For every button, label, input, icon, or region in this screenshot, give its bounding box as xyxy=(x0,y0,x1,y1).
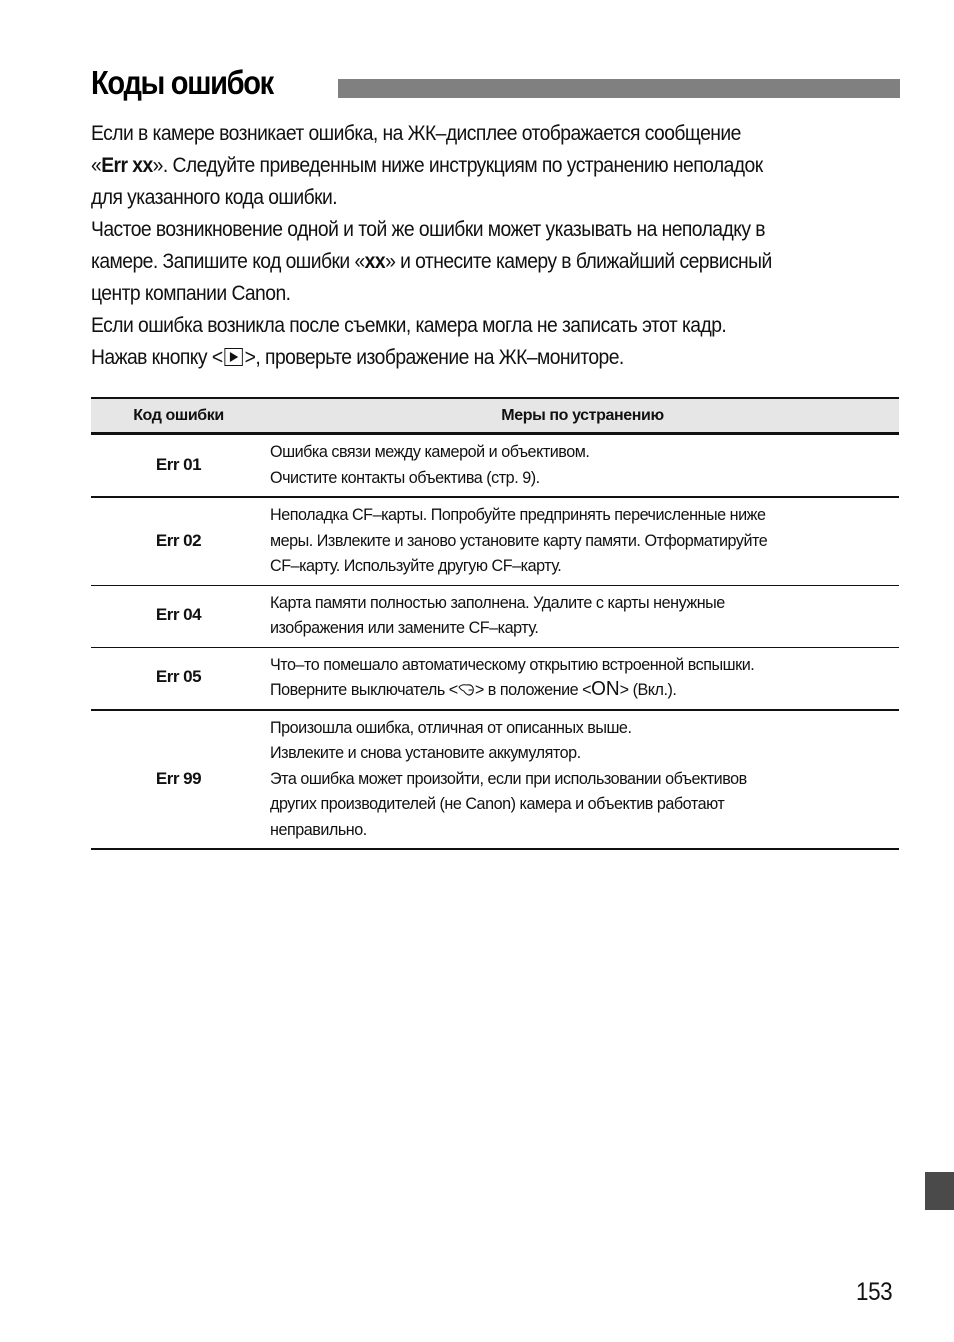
table-row: Err 02 Неполадка CF–карты. Попробуйте пр… xyxy=(91,497,899,585)
intro-text: Если в камере возникает ошибка, на ЖК–ди… xyxy=(91,118,921,374)
error-remedy: Что–то помешало автоматическому открытию… xyxy=(266,647,899,710)
error-remedy: Произошла ошибка, отличная от описанных … xyxy=(266,710,899,850)
table-row: Err 04 Карта памяти полностью заполнена.… xyxy=(91,585,899,647)
error-xx: xx xyxy=(365,250,385,273)
error-remedy: Карта памяти полностью заполнена. Удалит… xyxy=(266,585,899,647)
header-remedy: Меры по устранению xyxy=(266,398,899,434)
intro-line: камере. Запишите код ошибки «xx» и отнес… xyxy=(91,246,855,278)
title-decorative-bar xyxy=(338,79,900,98)
page-number: 153 xyxy=(856,1278,892,1307)
error-code: Err 04 xyxy=(91,585,266,647)
error-code: Err 05 xyxy=(91,647,266,710)
intro-line: центр компании Canon. xyxy=(91,278,855,310)
error-code: Err 01 xyxy=(91,434,266,498)
table-row: Err 01 Ошибка связи между камерой и объе… xyxy=(91,434,899,498)
page-title: Коды ошибок xyxy=(91,60,273,106)
section-tab-marker xyxy=(925,1172,954,1210)
error-code-placeholder: Err xx xyxy=(101,154,152,177)
table-row: Err 05 Что–то помешало автоматическому о… xyxy=(91,647,899,710)
table-row: Err 99 Произошла ошибка, отличная от опи… xyxy=(91,710,899,850)
error-code: Err 99 xyxy=(91,710,266,850)
table-header-row: Код ошибки Меры по устранению xyxy=(91,398,899,434)
error-remedy: Ошибка связи между камерой и объективом.… xyxy=(266,434,899,498)
intro-line: для указанного кода ошибки. xyxy=(91,182,855,214)
intro-line: «Err xx». Следуйте приведенным ниже инст… xyxy=(91,150,855,182)
playback-button-icon xyxy=(224,348,242,366)
intro-line: Частое возникновение одной и той же ошиб… xyxy=(91,214,855,246)
error-codes-table: Код ошибки Меры по устранению Err 01 Оши… xyxy=(91,397,899,850)
intro-line: Если в камере возникает ошибка, на ЖК–ди… xyxy=(91,118,855,150)
flash-switch-icon xyxy=(458,683,475,697)
intro-line: Если ошибка возникла после съемки, камер… xyxy=(91,310,855,342)
page-title-row: Коды ошибок xyxy=(91,60,900,110)
intro-line: Нажав кнопку <>, проверьте изображение н… xyxy=(91,342,855,374)
header-code: Код ошибки xyxy=(91,398,266,434)
error-code: Err 02 xyxy=(91,497,266,585)
on-label: ON xyxy=(591,678,620,700)
error-remedy: Неполадка CF–карты. Попробуйте предприня… xyxy=(266,497,899,585)
